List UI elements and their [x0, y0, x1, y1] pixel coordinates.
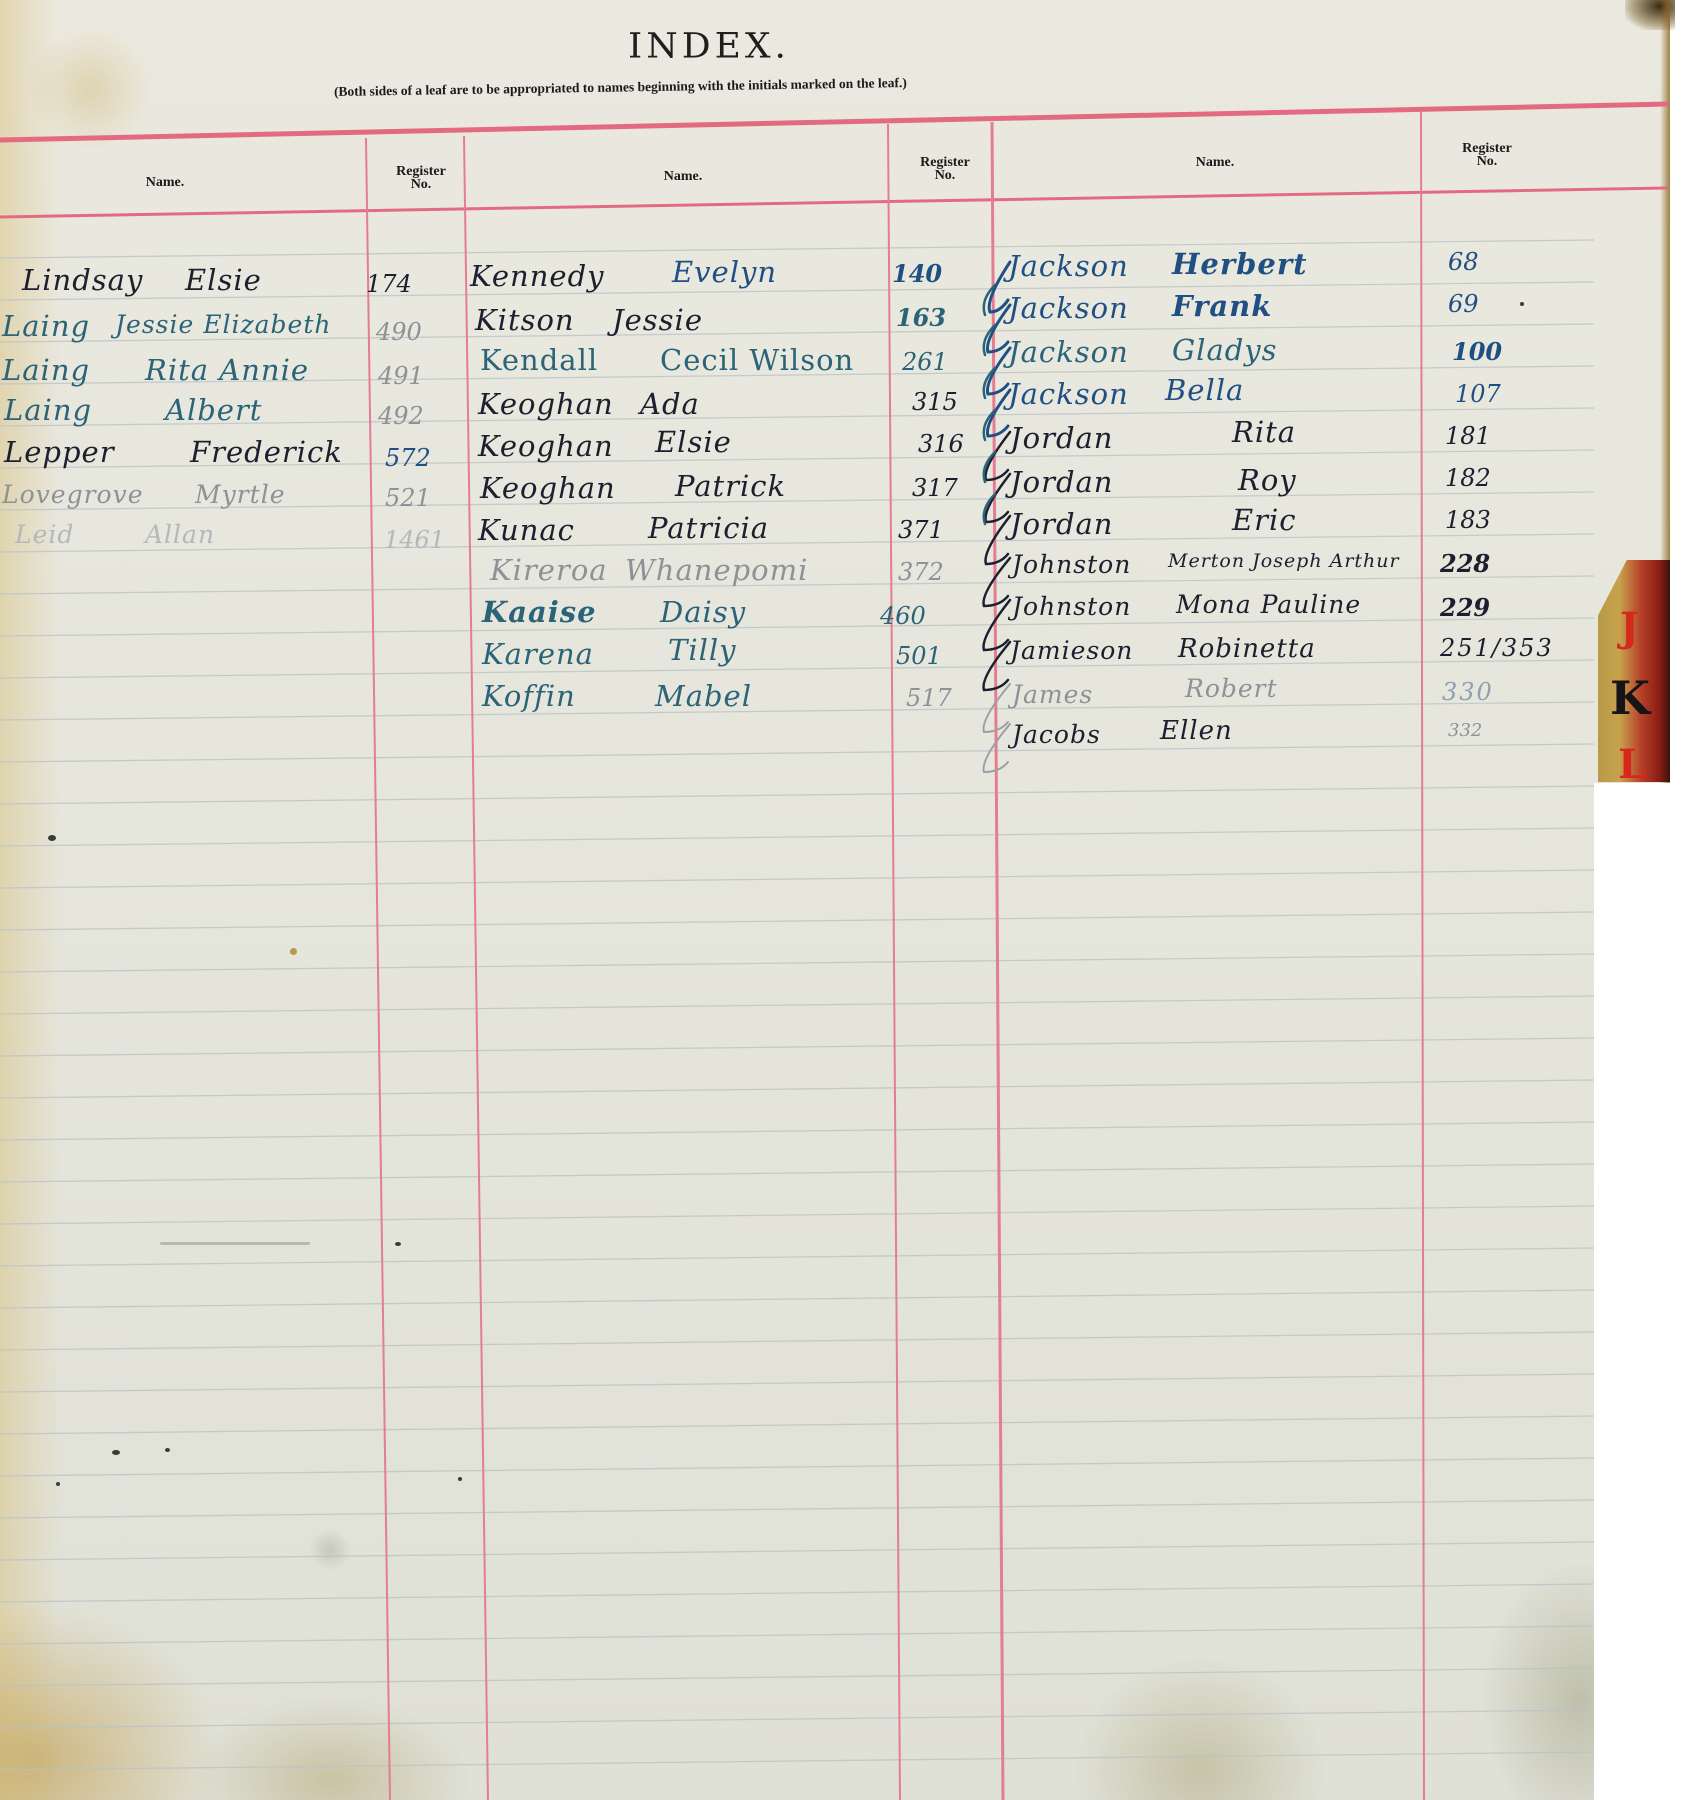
ink-dot	[112, 1450, 120, 1455]
col2-tick-marks	[984, 285, 995, 524]
ink-dot	[1520, 302, 1524, 306]
ink-dot	[395, 1242, 401, 1246]
ink-dot	[458, 1477, 462, 1481]
ink-spot	[48, 835, 56, 841]
stain-spot	[290, 948, 297, 955]
ledger-page-scan: J K L	[0, 0, 1686, 1800]
tick-marks	[0, 0, 1686, 1800]
ink-dot	[165, 1448, 170, 1452]
faint-pencil-marks	[160, 1242, 310, 1245]
ink-dot	[56, 1482, 60, 1486]
